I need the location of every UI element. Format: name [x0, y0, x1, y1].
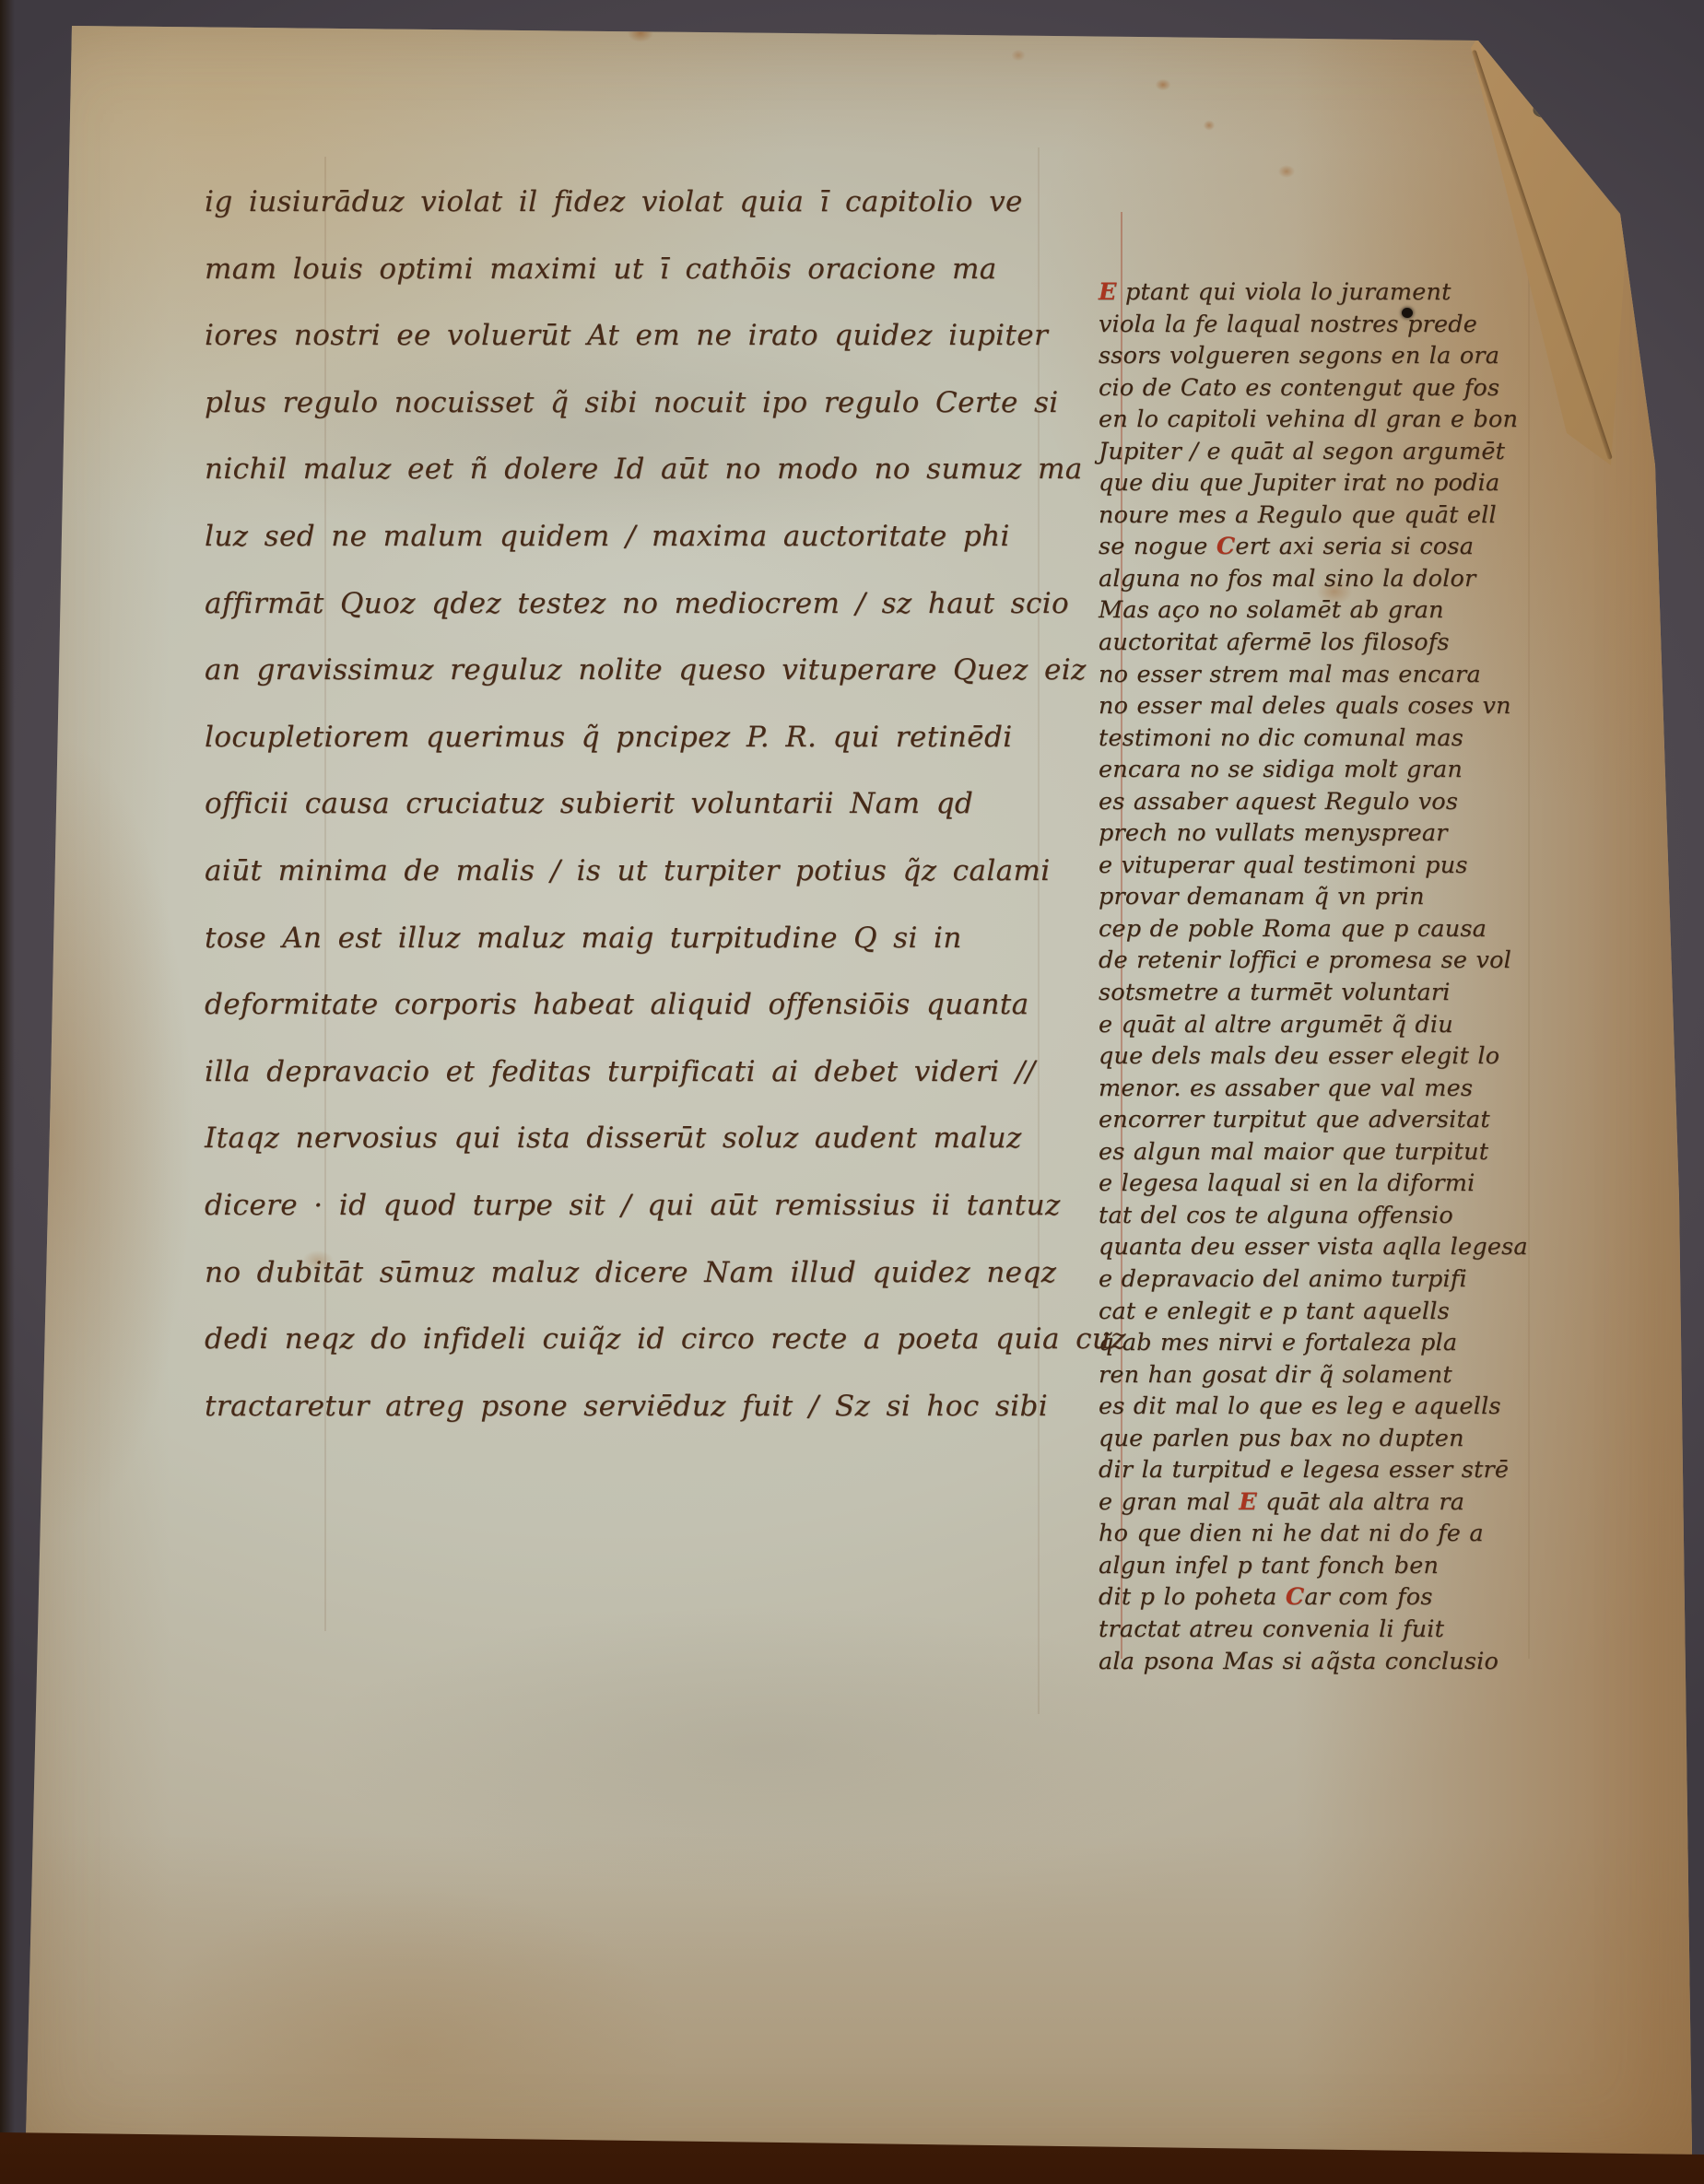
text-segment: se nogue	[1099, 533, 1216, 560]
text-line: tose An est illuz maluz maig turpitudine…	[205, 905, 1089, 972]
rubric-initial: E	[1099, 278, 1117, 306]
text-line: se nogue Cert axi seria si cosa	[1099, 531, 1541, 563]
text-line: dit p lo poheta Car com fos	[1099, 1581, 1541, 1614]
text-line: Jupiter / e quāt al segon argumēt	[1099, 436, 1541, 468]
text-line: menor. es assaber que val mes	[1099, 1073, 1541, 1105]
text-line: no esser mal deles quals coses vn	[1099, 690, 1541, 722]
text-line: ho que dien ni he dat ni do fe a	[1099, 1518, 1541, 1550]
text-line: es dit mal lo que es leg e aquells	[1099, 1391, 1541, 1423]
text-segment: ar com fos	[1304, 1583, 1432, 1611]
text-line: e depravacio del animo turpifi	[1099, 1263, 1541, 1296]
text-line: encorrer turpitut que adversitat	[1099, 1104, 1541, 1136]
text-line: tractat atreu convenia li fuit	[1099, 1614, 1541, 1646]
text-line: ren han gosat dir q̃ solament	[1099, 1359, 1541, 1391]
text-line: cio de Cato es contengut que fos	[1099, 372, 1541, 405]
folio-number: 8	[1528, 75, 1568, 132]
text-line: dir la turpitud e legesa esser strē	[1099, 1454, 1541, 1486]
text-line: ig iusiurāduz violat il fidez violat qui…	[205, 169, 1089, 236]
text-line: e quāt al altre argumēt q̃ diu	[1099, 1009, 1541, 1041]
text-line: viola la fe laqual nostres prede	[1099, 309, 1541, 341]
text-line: en lo capitoli vehina dl gran e bon	[1099, 404, 1541, 436]
text-line: nichil maluz eet ñ dolere Id aūt no modo…	[205, 436, 1089, 503]
rubric-initial: E	[1239, 1488, 1257, 1516]
text-line: ala psona Mas si aq̃sta conclusio	[1099, 1646, 1541, 1678]
rubric-initial: C	[1286, 1583, 1305, 1611]
text-line: noure mes a Regulo que quāt ell	[1099, 499, 1541, 532]
text-line: aiūt minima de malis / is ut turpiter po…	[205, 838, 1089, 905]
text-line: no esser strem mal mas encara	[1099, 659, 1541, 691]
text-line: mam louis optimi maximi ut ī cathōis ora…	[205, 236, 1089, 303]
text-line: algun infel p tant fonch ben	[1099, 1550, 1541, 1582]
text-line: de retenir loffici e promesa se vol	[1099, 945, 1541, 977]
text-line: deformitate corporis habeat aliquid offe…	[205, 971, 1089, 1039]
text-segment: ert axi seria si cosa	[1235, 533, 1474, 560]
text-line: ssors volgueren segons en la ora	[1099, 340, 1541, 372]
text-line: que diu que Jupiter irat no podia	[1099, 467, 1541, 499]
rubric-initial: C	[1216, 533, 1236, 560]
text-segment: ptant qui viola lo jurament	[1117, 278, 1451, 306]
text-line: affirmāt Quoz qdez testez no mediocrem /…	[205, 570, 1089, 638]
text-line: sotsmetre a turmēt voluntari	[1099, 977, 1541, 1009]
text-line: dicere · id quod turpe sit / qui aūt rem…	[205, 1172, 1089, 1239]
text-line: locupletiorem querimus q̃ pncipez P. R. …	[205, 704, 1089, 771]
text-line: alguna no fos mal sino la dolor	[1099, 563, 1541, 595]
text-line: illa depravacio et feditas turpificati a…	[205, 1039, 1089, 1106]
parchment-leaf: ig iusiurāduz violat il fidez violat qui…	[0, 0, 1704, 2184]
text-line: e legesa laqual si en la diformi	[1099, 1168, 1541, 1200]
text-line: encara no se sidiga molt gran	[1099, 754, 1541, 786]
text-line: testimoni no dic comunal mas	[1099, 722, 1541, 755]
latin-text-column: ig iusiurāduz violat il fidez violat qui…	[205, 169, 1089, 1439]
text-line: que parlen pus bax no dupten	[1099, 1423, 1541, 1455]
text-line: es algun mal maior que turpitut	[1099, 1136, 1541, 1168]
text-line: prech no vullats menysprear	[1099, 817, 1541, 850]
text-line: Mas aço no solamēt ab gran	[1099, 594, 1541, 627]
text-line: q̃ ab mes nirvi e fortaleza pla	[1099, 1327, 1541, 1359]
text-line: E ptant qui viola lo jurament	[1099, 276, 1541, 309]
text-line: Itaqz nervosius qui ista disserūt soluz …	[205, 1105, 1089, 1172]
text-line: e vituperar qual testimoni pus	[1099, 850, 1541, 882]
text-line: plus regulo nocuisset q̃ sibi nocuit ipo…	[205, 370, 1089, 437]
photo-edge-shadow	[0, 0, 15, 2184]
text-line: que dels mals deu esser elegit lo	[1099, 1040, 1541, 1073]
text-line: cep de poble Roma que p causa	[1099, 913, 1541, 945]
text-line: tractaretur atreg psone serviēduz fuit /…	[205, 1373, 1089, 1440]
text-line: es assaber aquest Regulo vos	[1099, 786, 1541, 818]
text-line: e gran mal E quāt ala altra ra	[1099, 1486, 1541, 1519]
text-line: auctoritat afermē los filosofs	[1099, 627, 1541, 659]
text-segment: dit p lo poheta	[1099, 1583, 1286, 1611]
text-line: no dubitāt sūmuz maluz dicere Nam illud …	[205, 1239, 1089, 1307]
text-line: provar demanam q̃ vn prin	[1099, 881, 1541, 913]
text-line: cat e enlegit e p tant aquells	[1099, 1296, 1541, 1328]
catalan-text-column: E ptant qui viola lo juramentviola la fe…	[1099, 276, 1541, 1677]
text-segment: e gran mal	[1099, 1488, 1239, 1516]
text-line: an gravissimuz reguluz nolite queso vitu…	[205, 637, 1089, 704]
photo-background: ig iusiurāduz violat il fidez violat qui…	[0, 0, 1704, 2184]
text-segment: quāt ala altra ra	[1257, 1488, 1464, 1516]
red-edge-mark	[1633, 66, 1639, 79]
text-line: officii causa cruciatuz subierit volunta…	[205, 770, 1089, 838]
text-line: iores nostri ee voluerūt At em ne irato …	[205, 302, 1089, 370]
text-line: luz sed ne malum quidem / maxima auctori…	[205, 503, 1089, 570]
text-line: dedi neqz do infideli cuiq̃z id circo re…	[205, 1306, 1089, 1373]
text-line: tat del cos te alguna offensio	[1099, 1200, 1541, 1232]
text-line: quanta deu esser vista aqlla legesa	[1099, 1231, 1541, 1263]
wormhole	[1402, 308, 1413, 318]
